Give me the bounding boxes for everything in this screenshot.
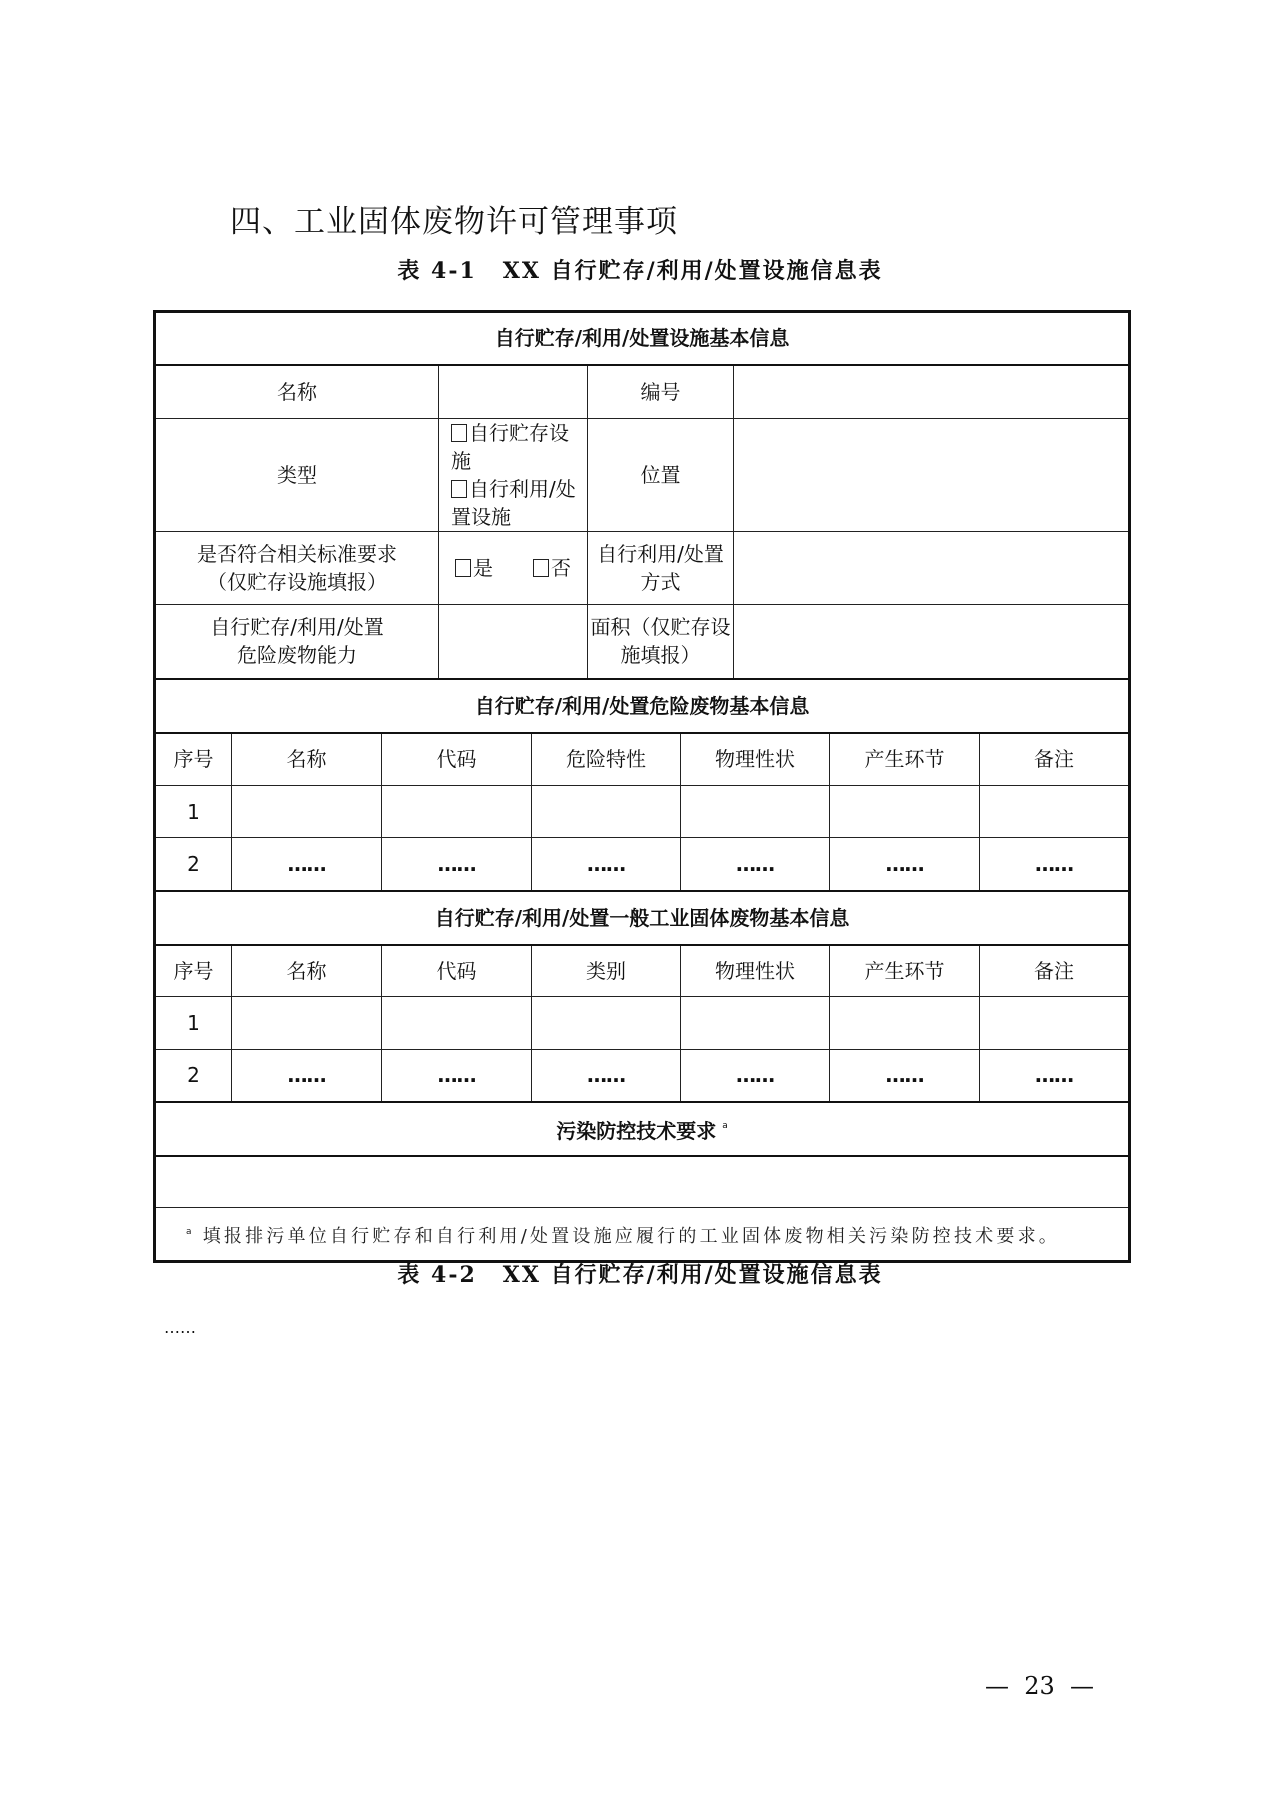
caption-number: 表 4-2 <box>397 1262 476 1288</box>
cell[interactable] <box>532 786 681 838</box>
cell[interactable] <box>382 997 532 1050</box>
cell[interactable] <box>681 786 830 838</box>
caption-title: XX 自行贮存/利用/处置设施信息表 <box>503 1262 883 1288</box>
cell: 2 <box>155 838 232 891</box>
pollution-requirement-value[interactable] <box>155 1156 1130 1208</box>
value-area[interactable] <box>734 605 1130 679</box>
cell[interactable] <box>532 997 681 1050</box>
label-location: 位置 <box>588 419 734 532</box>
column-header: 序号 <box>155 945 232 997</box>
section-title-hazardous: 自行贮存/利用/处置危险废物基本信息 <box>155 679 1130 733</box>
value-method[interactable] <box>734 532 1130 605</box>
cell[interactable] <box>681 997 830 1050</box>
cell: …… <box>830 838 980 891</box>
column-header: 代码 <box>382 945 532 997</box>
option-storage[interactable]: 自行贮存设施 <box>451 419 587 475</box>
general-header-row: 序号 名称 代码 类别 物理性状 产生环节 备注 <box>155 945 1130 997</box>
cell: 2 <box>155 1050 232 1102</box>
section-title-general: 自行贮存/利用/处置一般工业固体废物基本信息 <box>155 891 1130 945</box>
hazardous-header-row: 序号 名称 代码 危险特性 物理性状 产生环节 备注 <box>155 733 1130 786</box>
column-header: 名称 <box>232 733 382 786</box>
table-row: 2 …… …… …… …… …… …… <box>155 838 1130 891</box>
cell: …… <box>532 838 681 891</box>
checkbox-icon[interactable] <box>455 559 471 577</box>
label-capacity: 自行贮存/利用/处置 危险废物能力 <box>155 605 439 679</box>
column-header: 产生环节 <box>830 945 980 997</box>
value-capacity[interactable] <box>439 605 588 679</box>
caption-title: XX 自行贮存/利用/处置设施信息表 <box>503 258 883 284</box>
cell[interactable] <box>382 786 532 838</box>
checkbox-icon[interactable] <box>533 559 549 577</box>
label-name: 名称 <box>155 365 439 419</box>
cell: …… <box>232 1050 382 1102</box>
caption-number: 表 4-1 <box>397 258 476 284</box>
option-no[interactable]: 否 <box>533 556 571 580</box>
column-header: 名称 <box>232 945 382 997</box>
column-header: 危险特性 <box>532 733 681 786</box>
facility-info-table: 自行贮存/利用/处置设施基本信息 名称 编号 类型 自行贮存设施 自行利用/处置… <box>153 310 1131 1263</box>
column-header: 物理性状 <box>681 733 830 786</box>
cell: …… <box>532 1050 681 1102</box>
value-location[interactable] <box>734 419 1130 532</box>
value-number[interactable] <box>734 365 1130 419</box>
cell: …… <box>232 838 382 891</box>
table-row: 1 <box>155 997 1130 1050</box>
footnote-marker: a <box>722 1121 728 1131</box>
table-row: 2 …… …… …… …… …… …… <box>155 1050 1130 1102</box>
footnote-marker: a <box>186 1227 195 1237</box>
column-header: 类别 <box>532 945 681 997</box>
label-compliance: 是否符合相关标准要求 （仅贮存设施填报） <box>155 532 439 605</box>
cell: …… <box>980 838 1130 891</box>
column-header: 物理性状 <box>681 945 830 997</box>
column-header: 产生环节 <box>830 733 980 786</box>
option-yes[interactable]: 是 <box>455 556 493 580</box>
page-number: — 23 — <box>985 1672 1094 1700</box>
column-header: 备注 <box>980 733 1130 786</box>
cell: …… <box>382 1050 532 1102</box>
section-title-facility: 自行贮存/利用/处置设施基本信息 <box>155 312 1130 365</box>
column-header: 序号 <box>155 733 232 786</box>
option-utilization[interactable]: 自行利用/处置设施 <box>451 475 587 531</box>
cell[interactable] <box>980 786 1130 838</box>
label-area: 面积（仅贮存设 施填报） <box>588 605 734 679</box>
cell: …… <box>681 1050 830 1102</box>
cell: …… <box>830 1050 980 1102</box>
type-options: 自行贮存设施 自行利用/处置设施 <box>439 419 588 532</box>
checkbox-icon[interactable] <box>451 424 467 442</box>
label-type: 类型 <box>155 419 439 532</box>
table-caption-4-2: 表 4-2XX 自行贮存/利用/处置设施信息表 <box>0 1258 1280 1289</box>
cell[interactable] <box>232 997 382 1050</box>
table-caption-4-1: 表 4-1XX 自行贮存/利用/处置设施信息表 <box>0 254 1280 285</box>
cell[interactable] <box>232 786 382 838</box>
label-method: 自行利用/处置 方式 <box>588 532 734 605</box>
column-header: 备注 <box>980 945 1130 997</box>
footnote: a填报排污单位自行贮存和自行利用/处置设施应履行的工业固体废物相关污染防控技术要… <box>155 1208 1130 1262</box>
continuation-ellipsis: …… <box>164 1318 196 1337</box>
label-number: 编号 <box>588 365 734 419</box>
cell[interactable] <box>830 997 980 1050</box>
section-heading: 四、工业固体废物许可管理事项 <box>230 202 678 242</box>
compliance-options: 是否 <box>439 532 588 605</box>
cell[interactable] <box>980 997 1130 1050</box>
cell: …… <box>681 838 830 891</box>
value-name[interactable] <box>439 365 588 419</box>
cell: 1 <box>155 997 232 1050</box>
section-title-pollution: 污染防控技术要求a <box>155 1102 1130 1156</box>
cell: …… <box>980 1050 1130 1102</box>
table-row: 1 <box>155 786 1130 838</box>
cell: 1 <box>155 786 232 838</box>
checkbox-icon[interactable] <box>451 480 467 498</box>
cell: …… <box>382 838 532 891</box>
cell[interactable] <box>830 786 980 838</box>
column-header: 代码 <box>382 733 532 786</box>
